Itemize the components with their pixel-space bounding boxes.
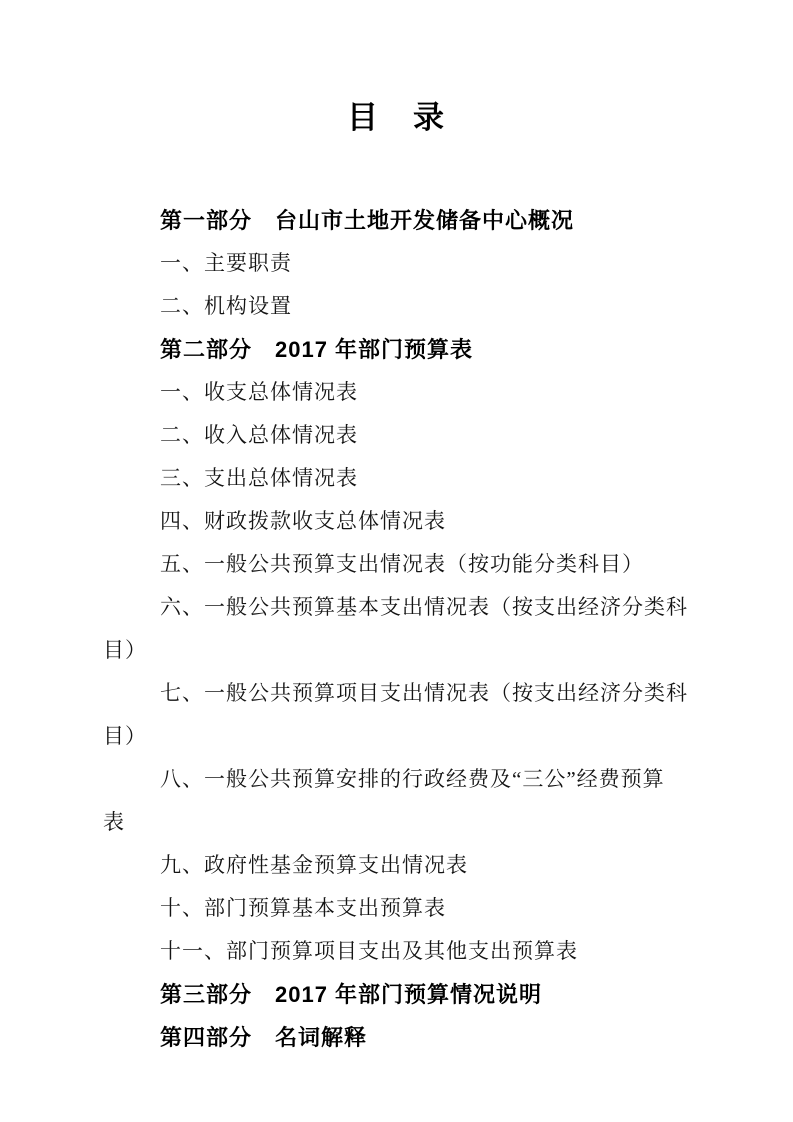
toc-item: 十一、部门预算项目支出及其他支出预算表 xyxy=(103,930,703,973)
toc-section-heading-part2: 第二部分 2017 年部门预算表 xyxy=(103,328,703,371)
toc-item: 一、主要职责 xyxy=(103,242,703,285)
page-title: 目 录 xyxy=(0,92,793,137)
toc-item: 四、财政拨款收支总体情况表 xyxy=(103,500,703,543)
toc-section-heading-part4: 第四部分 名词解释 xyxy=(103,1016,703,1059)
toc-item: 二、机构设置 xyxy=(103,285,703,328)
toc-item: 八、一般公共预算安排的行政经费及“三公”经费预算 表 xyxy=(103,758,703,844)
toc-item: 一、收支总体情况表 xyxy=(103,371,703,414)
toc-section-heading-part1: 第一部分 台山市土地开发储备中心概况 xyxy=(103,199,703,242)
toc-section-heading-part3: 第三部分 2017 年部门预算情况说明 xyxy=(103,973,703,1016)
toc-item: 七、一般公共预算项目支出情况表（按支出经济分类科 目） xyxy=(103,672,703,758)
toc-item: 十、部门预算基本支出预算表 xyxy=(103,887,703,930)
toc-item: 三、支出总体情况表 xyxy=(103,457,703,500)
toc-item: 五、一般公共预算支出情况表（按功能分类科目） xyxy=(103,543,703,586)
toc-item: 六、一般公共预算基本支出情况表（按支出经济分类科 目） xyxy=(103,586,703,672)
document-page: 目 录 第一部分 台山市土地开发储备中心概况 一、主要职责 二、机构设置 第二部… xyxy=(0,0,793,1122)
toc-item: 二、收入总体情况表 xyxy=(103,414,703,457)
toc-item: 九、政府性基金预算支出情况表 xyxy=(103,844,703,887)
table-of-contents: 第一部分 台山市土地开发储备中心概况 一、主要职责 二、机构设置 第二部分 20… xyxy=(103,199,703,1059)
